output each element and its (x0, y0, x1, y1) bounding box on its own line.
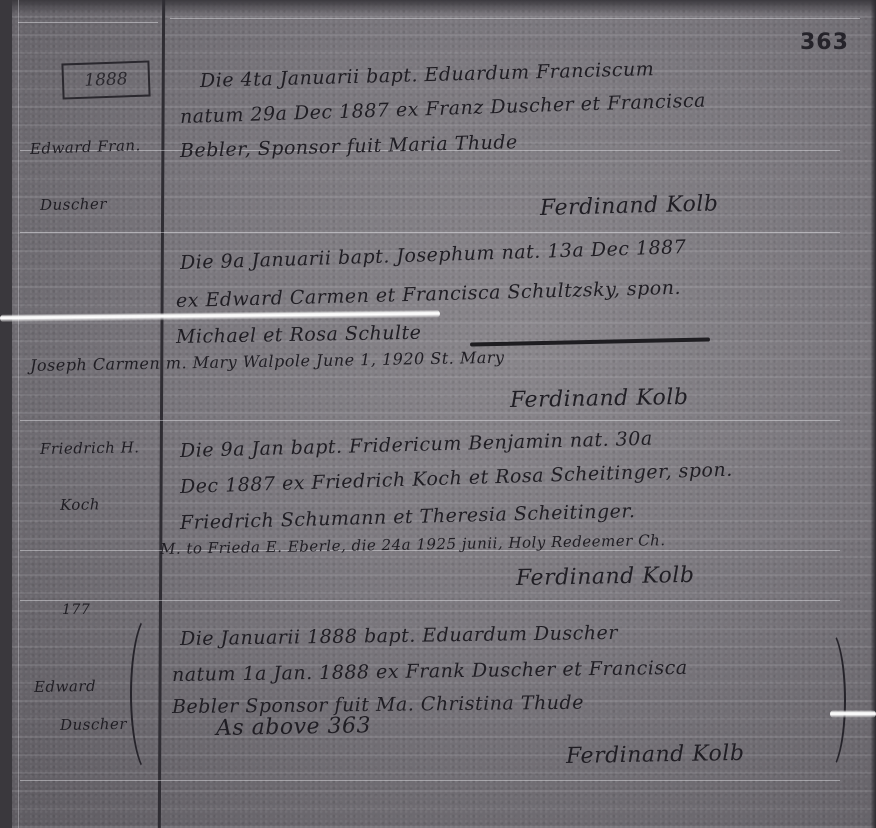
entry-text-line: Michael et Rosa Schulte (176, 322, 422, 348)
cross-reference-note: As above 363 (216, 713, 371, 741)
entry-text-line: Dec 1887 ex Friedrich Koch et Rosa Schei… (180, 459, 733, 498)
margin-name-line: Koch (60, 495, 100, 514)
entry-text-line: Die 9a Januarii bapt. Josephum nat. 13a … (180, 236, 687, 274)
register-page: 363 1888 Edward Fran. Duscher Die 4ta Ja… (0, 0, 876, 828)
paper-tear (0, 310, 440, 323)
marriage-annotation: M. to Frieda E. Eberle, die 24a 1925 jun… (160, 531, 666, 558)
entry-text-line: Die 9a Jan bapt. Fridericum Benjamin nat… (180, 428, 653, 462)
entry-text-line: Friedrich Schumann et Theresia Scheiting… (180, 500, 636, 534)
entry-number-partial: 177 (62, 602, 90, 618)
entry-text-line: natum 1a Jan. 1888 ex Frank Duscher et F… (172, 657, 688, 686)
ruled-line (18, 22, 158, 23)
priest-signature: Ferdinand Kolb (510, 385, 689, 413)
right-brace (810, 628, 846, 772)
ruled-line (20, 420, 840, 421)
ruled-line (170, 18, 860, 19)
left-border-rule (18, 0, 19, 828)
ink-strike (470, 337, 710, 346)
margin-name-line: Friedrich H. (40, 438, 140, 458)
margin-name-line: Duscher (40, 195, 107, 214)
priest-signature: Ferdinand Kolb (540, 191, 719, 221)
scan-right-edge (870, 0, 876, 828)
scan-left-edge (0, 0, 12, 828)
margin-name-line: Edward (34, 677, 96, 696)
margin-name-line: Duscher (60, 715, 127, 734)
entry-number-box: 1888 (61, 60, 150, 99)
ruled-line (20, 780, 840, 781)
marriage-annotation: Joseph Carmen m. Mary Walpole June 1, 19… (30, 348, 505, 375)
ruled-line (20, 600, 840, 601)
entry-number: 1888 (84, 69, 128, 90)
priest-signature: Ferdinand Kolb (516, 563, 695, 591)
priest-signature: Ferdinand Kolb (566, 741, 745, 769)
left-brace (130, 612, 172, 776)
paper-tear (830, 710, 876, 718)
entry-text-line: ex Edward Carmen et Francisca Schultzsky… (176, 277, 682, 312)
page-number: 363 (800, 30, 849, 55)
entry-text-line: Bebler, Sponsor fuit Maria Thude (180, 131, 518, 162)
entry-text-line: Die 4ta Januarii bapt. Eduardum Francisc… (200, 58, 655, 92)
entry-text-line: Bebler Sponsor fuit Ma. Christina Thude (172, 692, 584, 718)
scan-top-shadow (0, 0, 876, 14)
entry-text-line: Die Januarii 1888 bapt. Eduardum Duscher (180, 622, 618, 650)
ruled-line (20, 232, 840, 233)
margin-name-line: Edward Fran. (30, 136, 141, 158)
entry-text-line: natum 29a Dec 1887 ex Franz Duscher et F… (180, 89, 707, 128)
